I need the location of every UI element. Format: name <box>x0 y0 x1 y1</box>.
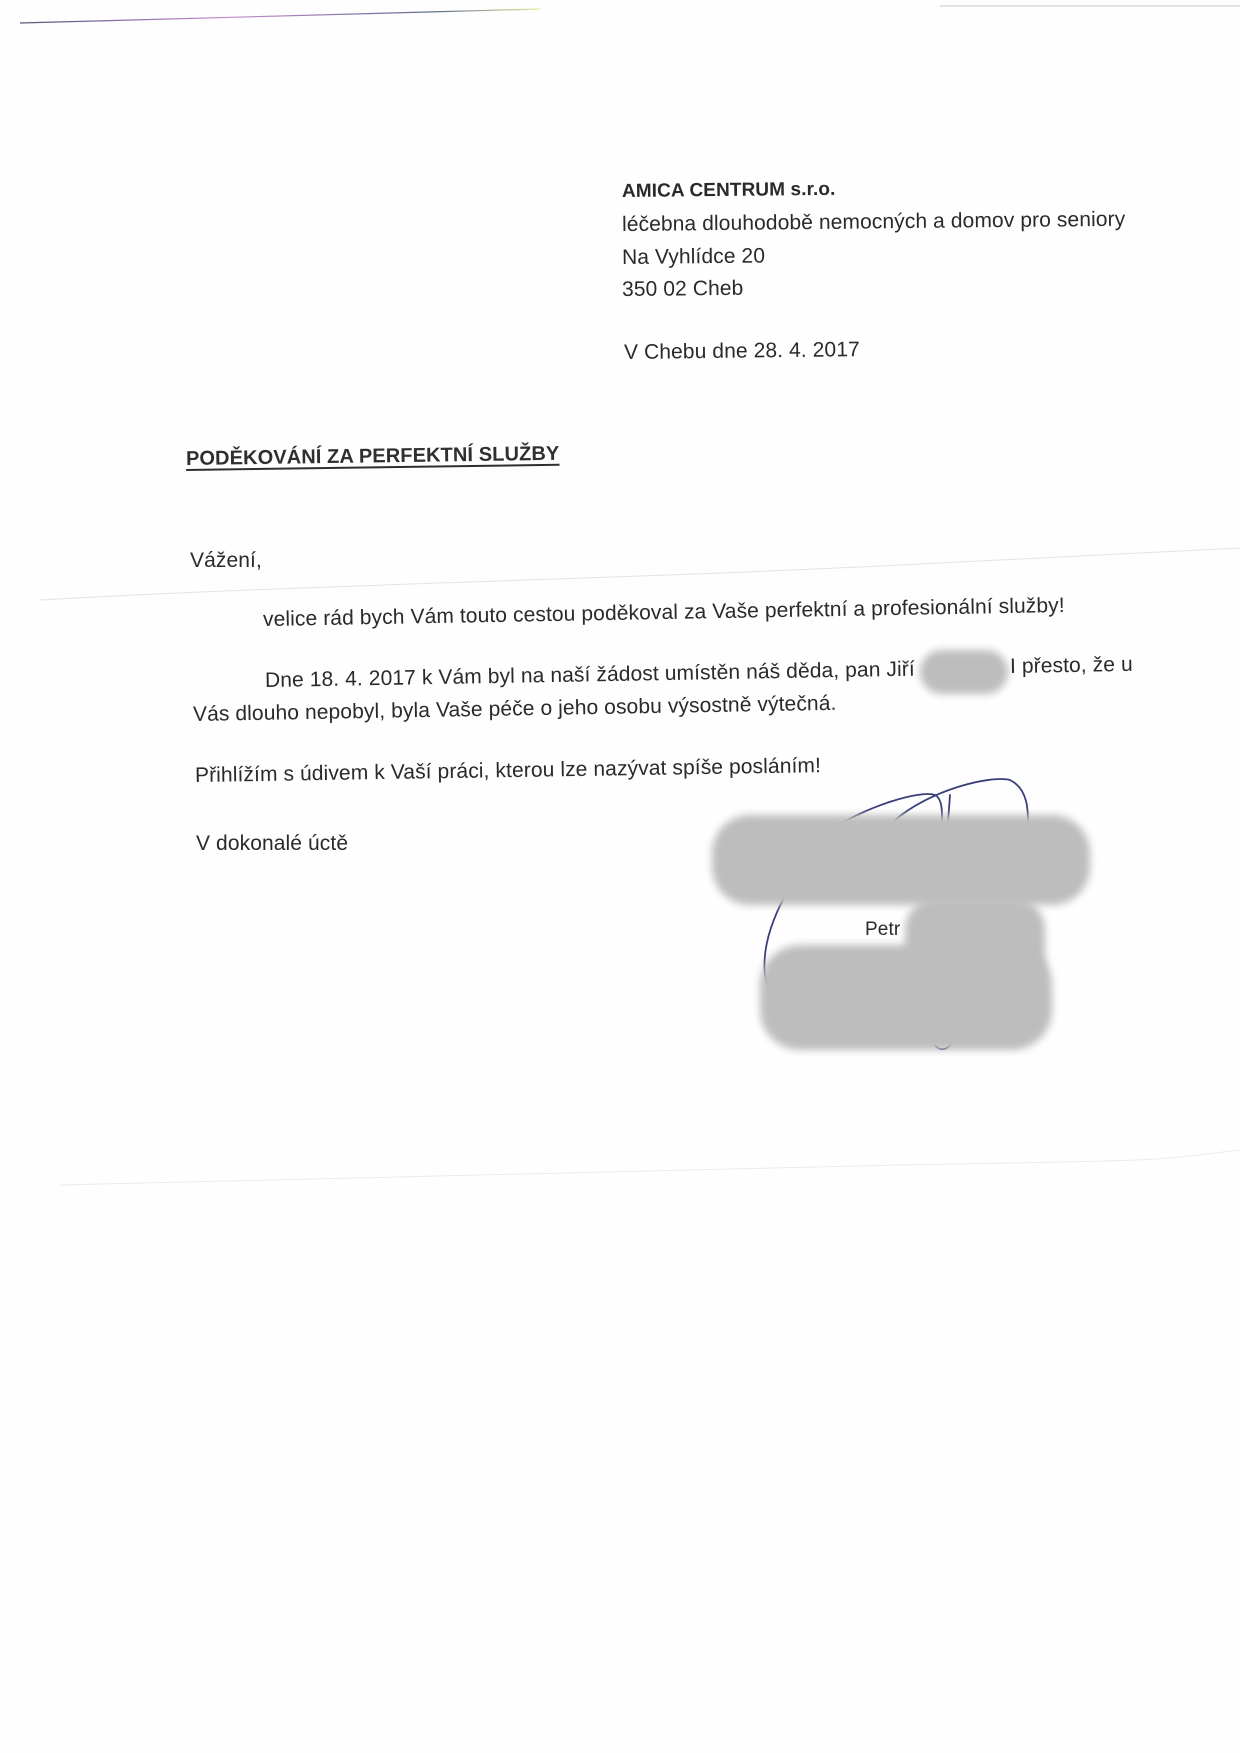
letter-subject: PODĚKOVÁNÍ ZA PERFEKTNÍ SLUŽBY <box>186 443 560 471</box>
signatory-first-name: Petr <box>865 919 900 941</box>
sender-organization: AMICA CENTRUM s.r.o. <box>622 179 836 203</box>
body-paragraph-2-line-1: Dne 18. 4. 2017 k Vám byl na naší žádost… <box>265 658 915 693</box>
body-paragraph-2-line-1-end: I přesto, že u <box>1010 653 1133 679</box>
sender-city: 350 02 Cheb <box>622 277 744 302</box>
date-line: V Chebu dne 28. 4. 2017 <box>624 338 860 365</box>
salutation: Vážení, <box>190 549 262 573</box>
sender-description: léčebna dlouhodobě nemocných a domov pro… <box>622 208 1126 237</box>
signature-redaction-bottom <box>760 945 1052 1050</box>
body-paragraph-3: Přihlížím s údivem k Vaší práci, kterou … <box>195 754 821 788</box>
closing: V dokonalé úctě <box>196 832 348 856</box>
name-redaction <box>920 650 1008 694</box>
body-paragraph-2-line-2: Vás dlouho nepobyl, byla Vaše péče o jeh… <box>193 692 837 727</box>
body-paragraph-1: velice rád bych Vám touto cestou poděkov… <box>263 594 1065 632</box>
sender-street: Na Vyhlídce 20 <box>622 245 765 270</box>
signature-redaction-top <box>712 815 1090 905</box>
letter-page: AMICA CENTRUM s.r.o. léčebna dlouhodobě … <box>0 0 1240 1753</box>
